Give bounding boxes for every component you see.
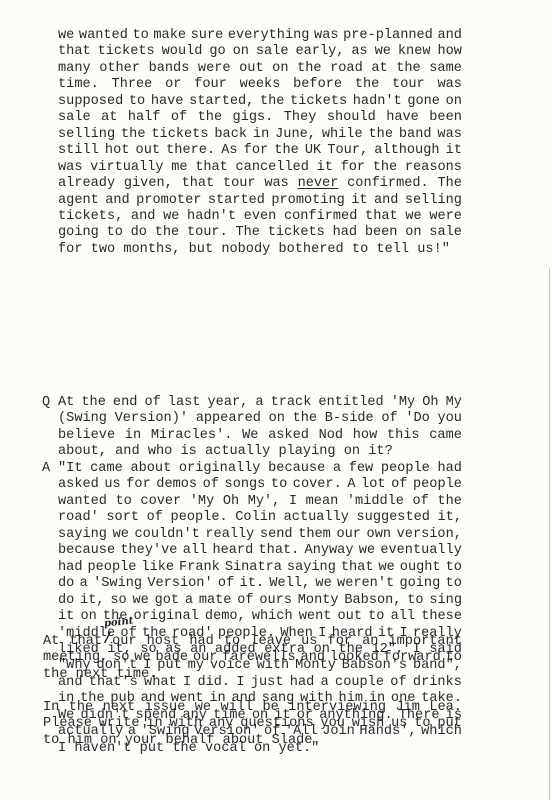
answer-marker: A (42, 461, 50, 477)
question-marker: Q (42, 395, 50, 411)
next-issue-line: InthenextissuewewillbeinterviewingJimLea… (43, 700, 462, 716)
answer-continued-line: fortwomonths,butnobodybotheredtotellus!" (58, 242, 462, 258)
answer-line: becausethey'veallheardthat.Anywayweevent… (58, 543, 462, 559)
answer-line: "Itcameaboutoriginallybecauseafewpeopleh… (58, 461, 462, 477)
answer-continued-line: wewantedtomakesureeverythingwaspre-plann… (58, 28, 462, 44)
next-issue-line: tohimonyourbehalfaboutSlade. (43, 733, 462, 749)
answer-line: doit,sowegotamateofoursMontyBabson,tosin… (58, 593, 462, 609)
answer-continued-line: manyotherbandswereoutontheroadatthesame (58, 61, 462, 77)
question-line: about,andwhoisactuallyplayingonit? (58, 444, 462, 460)
answer-line: hadpeoplelikeFrankSinatrasayingthatweoug… (58, 560, 462, 576)
answer-continued-line: agentandpromoterstartedpromotingitandsel… (58, 193, 462, 209)
answer-continued-line: saleathalfofthegigs.Theyshouldhavebeen (58, 110, 462, 126)
answer-continued-line: stillhotoutthere.AsfortheUKTour,although… (58, 143, 462, 159)
page-edge-line (549, 268, 550, 800)
answer-line: sayingwecouldn'treallysendthemourownvers… (58, 527, 462, 543)
answer-line: road'sortofpeople.Colinactuallysuggested… (58, 510, 462, 526)
answer-continued-line: supposedtohavestarted,theticketshadn'tgo… (58, 94, 462, 110)
question-line: Attheendoflastyear,atrackentitled'MyOhMy (58, 395, 462, 411)
answer-continued-line: time.Threeorfourweeksbeforethetourwas (58, 77, 462, 93)
answer-line: wantedtocover'MyOhMy',Imean'middleofthe (58, 494, 462, 510)
next-issue-line: Pleasewriteinwithanyquestionsyouwishusto… (43, 716, 462, 732)
answer-continued-line: goingtodothetour.Theticketshadbeenonsale (58, 225, 462, 241)
question-line: believeinMiracles'.WeaskedNodhowthiscame (58, 428, 462, 444)
answer-continued-line: thatticketswouldgoonsaleearly,asweknewho… (58, 44, 462, 60)
answer-continued-line: wasvirtuallymethatcancelleditforthereaso… (58, 160, 462, 176)
typewritten-page: wewantedtomakesureeverythingwaspre-plann… (0, 0, 552, 800)
closing-line: meeting,sowebadeourfarewellsandlookedfor… (43, 650, 462, 666)
answer-continued-line: alreadygiven,thattourwasneverconfirmed.T… (58, 176, 462, 192)
insertion-caret-mark: / (105, 630, 110, 646)
answer-line: doa'SwingVersion'ofit.Well,weweren'tgoin… (58, 576, 462, 592)
closing-line: thenexttime. (43, 667, 462, 683)
answer-line: askedusfordemosofsongstocover.Alotofpeop… (58, 477, 462, 493)
question-line: (SwingVersion)'appearedontheB-sideof'Doy… (58, 411, 462, 427)
answer-continued-line: sellingtheticketsbackinJune,whiletheband… (58, 127, 462, 143)
answer-continued-line: tickets,andwehadn'tevenconfirmedthatwewe… (58, 209, 462, 225)
